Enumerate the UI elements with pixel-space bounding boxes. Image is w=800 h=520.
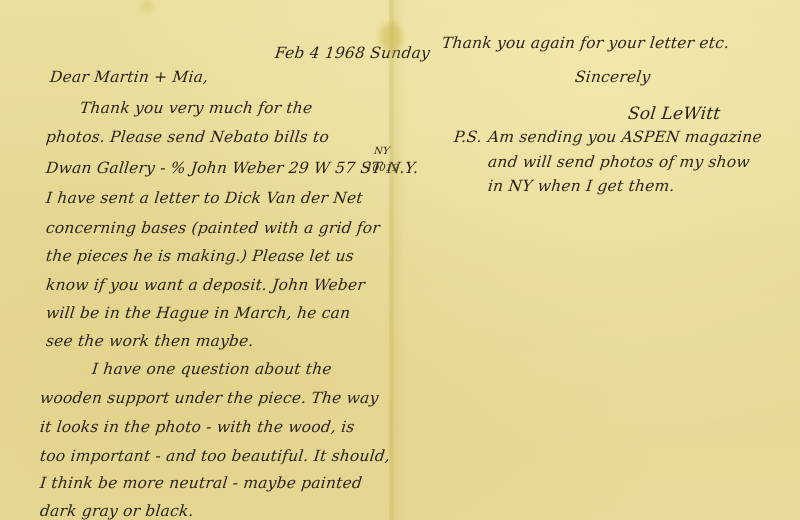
valediction: Sincerely [574, 68, 651, 86]
letter-page-left: Feb 4 1968 Sunday Dear Martin + Mia, Tha… [0, 0, 392, 520]
letter-spread: Feb 4 1968 Sunday Dear Martin + Mia, Tha… [0, 0, 800, 520]
body-line: it looks in the photo - with the wood, i… [39, 418, 355, 436]
closing-line: Thank you again for your letter etc. [441, 34, 730, 52]
signature: Sol LeWitt [627, 104, 721, 124]
body-line: photos. Please send Nebato bills to [45, 128, 330, 146]
body-line: the pieces he is making.) Please let us [45, 247, 355, 265]
body-line: know if you want a deposit. John Weber [45, 276, 366, 294]
body-line: concerning bases (painted with a grid fo… [45, 219, 381, 237]
body-line: Thank you very much for the [79, 99, 313, 117]
body-line: I have sent a letter to Dick Van der Net [45, 189, 364, 207]
postscript-label: P.S. [453, 128, 483, 146]
postscript-line: and will send photos of my show [487, 153, 751, 171]
body-line: dark gray or black. [39, 502, 195, 520]
body-line: will be in the Hague in March, he can [45, 304, 351, 322]
body-line: I think be more neutral - maybe painted [39, 474, 363, 492]
letter-page-right: Thank you again for your letter etc. Sin… [392, 0, 800, 520]
postscript-line: in NY when I get them. [487, 177, 676, 195]
body-line: wooden support under the piece. The way [39, 389, 379, 407]
body-line: Dwan Gallery - % John Weber 29 W 57 ST N… [45, 159, 419, 177]
salutation: Dear Martin + Mia, [49, 68, 209, 86]
body-line: I have one question about the [91, 360, 333, 378]
paper-stain [140, 0, 154, 12]
postscript-line: Am sending you ASPEN magazine [487, 128, 763, 146]
body-line: too important - and too beautiful. It sh… [39, 447, 391, 465]
body-line: see the work then maybe. [45, 332, 255, 350]
